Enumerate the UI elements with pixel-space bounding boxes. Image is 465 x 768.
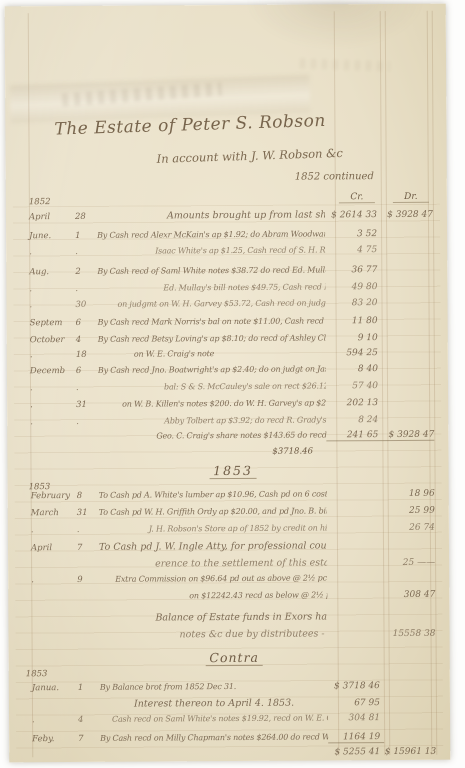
debit-total-amount: $ 15961 13	[384, 747, 436, 757]
entry-text: erence to the settlement of this estate,…	[99, 557, 327, 569]
credit-column-header: Cr.	[339, 192, 375, 203]
entry-text: Abby Tolbert ap $3.92; do recd R. Grady'…	[98, 415, 326, 425]
entry-text: To Cash pd A. White's lumber ap $10.96, …	[99, 489, 327, 499]
date-month: March	[31, 508, 77, 518]
entry-text: By Balance brot from 1852 Dec 31.	[100, 681, 328, 691]
page-subtitle: In account with J. W. Robson &c	[156, 146, 343, 166]
date-day: 18	[76, 350, 98, 360]
entry-text: By Cash recd of Saml White notes $38.72 …	[97, 265, 325, 275]
entry-text: By Cash recd Jno. Boatwright's ap $2.40;…	[98, 364, 326, 374]
date-day: 6	[76, 318, 98, 328]
date-day: 1	[78, 683, 100, 693]
entry-text: By Cash recd Mark Norris's bal on note $…	[98, 316, 326, 326]
credit-amount: 11 80	[326, 316, 382, 326]
date-day: .	[76, 417, 98, 427]
debit-amount: $ 3928 47	[381, 210, 433, 220]
entry-text: on W. B. Killen's notes $200. do W. H. G…	[98, 398, 326, 408]
entry-text: By Cash recd Alexr McKain's ap $1.92; do…	[97, 229, 325, 239]
date-month: .	[30, 383, 76, 393]
credit-amount: 594 25	[326, 348, 382, 358]
credit-amount: 9 10	[326, 333, 382, 343]
credit-amount: 4 75	[325, 245, 381, 255]
entry-text: Extra Commission on $96.64 pd out as abo…	[99, 573, 327, 583]
debit-amount: 15558 38	[383, 629, 435, 639]
section-1853-heading: 1853	[0, 462, 465, 480]
date-day: 1	[75, 231, 97, 241]
credit-amount: 241 65	[326, 430, 382, 441]
date-day: 7	[78, 734, 100, 744]
entry-text: notes &c due by distributees - ——	[99, 628, 327, 640]
credit-total-amount: $ 5255 41	[328, 747, 384, 757]
date-month: .	[30, 417, 76, 427]
date-month: June.	[29, 231, 75, 241]
scanned-ledger-page: The Estate of Peter S. Robson In account…	[0, 0, 465, 768]
date-day: 4	[78, 715, 100, 725]
entry-text: on W. E. Craig's note	[98, 348, 326, 358]
entry-text: J. H. Robson's Store ap of 1852 by credi…	[99, 523, 327, 533]
interline-total-note: $3718.46	[272, 447, 313, 457]
date-month: .	[29, 284, 75, 294]
date-month: April	[29, 212, 75, 222]
debit-amount: 26 74	[383, 523, 435, 533]
entry-text: Geo. C. Craig's share notes $143.65 do r…	[98, 430, 326, 440]
date-day: .	[75, 247, 97, 257]
entry-text: To Cash pd J. W. Ingle Atty, for profess…	[99, 540, 327, 552]
credit-amount: 36 77	[325, 265, 381, 275]
date-day: .	[76, 383, 98, 393]
entry-text: Amounts brought up from last sheet ————	[97, 209, 325, 221]
date-month: April	[31, 543, 77, 553]
date-month: .	[31, 525, 77, 535]
entry-text: Balance of Estate funds in Exors hands e…	[99, 611, 327, 623]
debit-amount: 25 99	[383, 506, 435, 516]
entry-text: Interest thereon to April 4. 1853.	[100, 697, 328, 709]
entry-text: on $12242.43 recd as below @ 2½ pc $306.…	[99, 590, 327, 600]
credit-amount: 3 52	[325, 229, 381, 239]
entry-text	[100, 754, 328, 755]
date-day: 28	[75, 212, 97, 222]
debit-amount: $ 3928 47	[382, 430, 434, 441]
credit-amount: $ 2614 33	[325, 210, 381, 220]
date-day: 31	[77, 508, 99, 518]
credit-amount: 1164 19	[328, 732, 384, 743]
entry-text: Isaac White's ap $1.25, Cash recd of S. …	[97, 245, 325, 255]
date-month: February	[31, 491, 77, 501]
entry-text: Ed. Mullay's bill notes $49.75, Cash rec…	[97, 282, 325, 292]
debit-amount: 18 96	[383, 489, 435, 499]
date-day: .	[75, 284, 97, 294]
date-day: 7	[77, 543, 99, 553]
debit-amount: 25 ——	[383, 558, 435, 568]
credit-amount: 304 81	[328, 713, 384, 723]
entry-text: By Cash recd on Milly Chapman's notes $2…	[100, 732, 328, 742]
date-day: .	[77, 525, 99, 535]
entry-text: To Cash pd W. H. Griffith Ordy ap $20.00…	[99, 506, 327, 516]
date-month: .	[29, 300, 75, 310]
debit-amount: 308 47	[383, 590, 435, 600]
totals-line: $ 5255 41 $ 15961 13	[32, 747, 436, 759]
date-month: Aug.	[29, 267, 75, 277]
section-1853-label: 1853	[209, 463, 257, 479]
credit-amount: 8 24	[326, 415, 382, 425]
credit-amount: 202 13	[326, 398, 382, 408]
date-day: 30	[75, 300, 97, 310]
date-month: October	[30, 335, 76, 345]
date-day: 6	[76, 366, 98, 376]
date-month: .	[29, 247, 75, 257]
credit-amount: 57 40	[326, 381, 382, 391]
continued-note: 1852 continued	[295, 171, 374, 182]
date-month: .	[32, 715, 78, 725]
entry-text: By Cash recd Betsy Loving's ap $8.10; do…	[98, 333, 326, 343]
contra-margin-year: 1853	[26, 669, 48, 679]
date-day: 4	[76, 335, 98, 345]
date-day: 31	[76, 400, 98, 410]
date-month: Decemb	[30, 366, 76, 376]
entry-text: Cash recd on Saml White's notes $19.92, …	[100, 713, 328, 723]
entry-text: on judgmt on W. H. Garvey $53.72, Cash r…	[97, 298, 325, 308]
date-month: Septem	[30, 318, 76, 328]
date-day: 2	[75, 267, 97, 277]
date-month: Janua.	[32, 683, 78, 693]
credit-amount: 83 20	[325, 298, 381, 308]
date-day: 8	[77, 491, 99, 501]
handwritten-content: The Estate of Peter S. Robson In account…	[0, 0, 465, 768]
date-month: Feby.	[32, 734, 78, 744]
date-month: .	[31, 575, 77, 585]
contra-heading: Contra	[2, 649, 465, 667]
debit-column-header: Dr.	[393, 192, 429, 203]
entry-text: bal: S & S. McCauley's sale on rect $26.…	[98, 381, 326, 391]
credit-amount: 67 95	[328, 698, 384, 708]
date-month: .	[30, 350, 76, 360]
contra-label: Contra	[205, 650, 263, 666]
date-day: 9	[77, 575, 99, 585]
date-month: .	[30, 400, 76, 410]
credit-amount: 8 40	[326, 364, 382, 374]
margin-year-1852: 1852	[29, 197, 51, 207]
credit-amount: $ 3718 46	[328, 681, 384, 691]
page-title: The Estate of Peter S. Robson	[54, 111, 326, 140]
credit-amount: 49 80	[325, 282, 381, 292]
